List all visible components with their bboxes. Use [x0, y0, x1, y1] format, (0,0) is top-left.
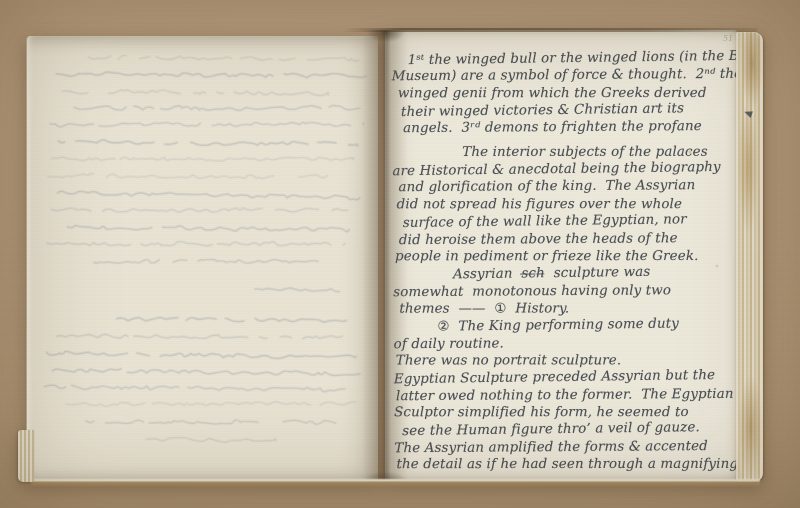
bleedthrough-line [146, 437, 276, 442]
bleedthrough-line [74, 104, 360, 112]
manuscript-line: Sculptor simplified his form, he seemed … [394, 405, 689, 420]
photograph-backdrop: 51 1ˢᵗ the winged bull or the winged lio… [0, 0, 800, 508]
manuscript-line: their winged victories & Christian art i… [401, 101, 684, 120]
bleedthrough-line [62, 89, 328, 95]
bleedthrough-line [255, 288, 349, 292]
left-page [26, 36, 378, 480]
manuscript-line: somewhat monotonous having only two [393, 283, 671, 300]
bleedthrough-line [58, 140, 358, 147]
bleedthrough-writing [25, 35, 380, 481]
bleedthrough-line [48, 173, 328, 180]
bleedthrough-line [117, 317, 347, 322]
manuscript-line: The interior subjects of the palaces [462, 145, 707, 160]
manuscript-line: of daily routine. [394, 336, 504, 352]
manuscript-line: Assyrian s̶c̶h̶ sculpture was [453, 265, 650, 283]
bleedthrough-line [94, 258, 327, 264]
manuscript-line: themes —— ① History. [399, 301, 569, 316]
bottom-left-page-corner [18, 430, 34, 482]
bleedthrough-line [57, 191, 361, 200]
manuscript-line: Museum) are a symbol of force & thought.… [392, 67, 743, 84]
manuscript-line: latter owed nothing to the former. The E… [396, 386, 734, 403]
bleedthrough-line [56, 72, 366, 79]
bleedthrough-line [52, 155, 354, 162]
bleedthrough-line [44, 385, 348, 392]
bleedthrough-line [47, 240, 345, 247]
fore-edge-page-stack [736, 32, 763, 482]
manuscript-line: did heroise them above the heads of the [399, 231, 678, 248]
manuscript-line: the detail as if he had seen through a m… [396, 457, 738, 472]
bleedthrough-line [56, 334, 342, 340]
bleedthrough-line [88, 55, 358, 61]
bleedthrough-line [46, 351, 356, 359]
bleedthrough-line [50, 121, 364, 129]
manuscript-line: are Historical & anecdotal being the bio… [392, 160, 720, 179]
manuscript-line: surface of the wall like the Egyptian, n… [403, 212, 687, 231]
top-edge-line [344, 28, 758, 32]
bleedthrough-line [67, 225, 349, 232]
bleedthrough-line [66, 399, 356, 408]
manuscript-text: 1ˢᵗ the winged bull or the winged lions … [389, 29, 744, 481]
manuscript-line: see the Human figure thro’ a veil of gau… [402, 421, 700, 440]
manuscript-line: did not spread his figures over the whol… [397, 197, 682, 212]
manuscript-line: The Assyrian amplified the forms & accen… [394, 439, 708, 456]
open-notebook: 51 1ˢᵗ the winged bull or the winged lio… [26, 28, 763, 484]
manuscript-line: ② The King performing some duty [437, 317, 679, 335]
manuscript-line: There was no portrait sculpture. [396, 353, 622, 368]
manuscript-line: Egyptian Sculpture preceded Assyrian but… [394, 368, 715, 387]
bleedthrough-line [86, 419, 336, 425]
manuscript-line: and glorification of the king. The Assyr… [398, 179, 695, 196]
bleedthrough-line [52, 368, 360, 375]
right-page: 51 1ˢᵗ the winged bull or the winged lio… [385, 30, 737, 480]
manuscript-line: 1ˢᵗ the winged bull or the winged lions … [408, 49, 755, 69]
manuscript-line: winged genii from which the Greeks deriv… [398, 86, 707, 101]
bleedthrough-line [51, 207, 357, 214]
manuscript-line: angels. 3ʳᵈ demons to frighten the profa… [403, 119, 702, 136]
manuscript-line: people in pediment or frieze like the Gr… [395, 249, 698, 264]
